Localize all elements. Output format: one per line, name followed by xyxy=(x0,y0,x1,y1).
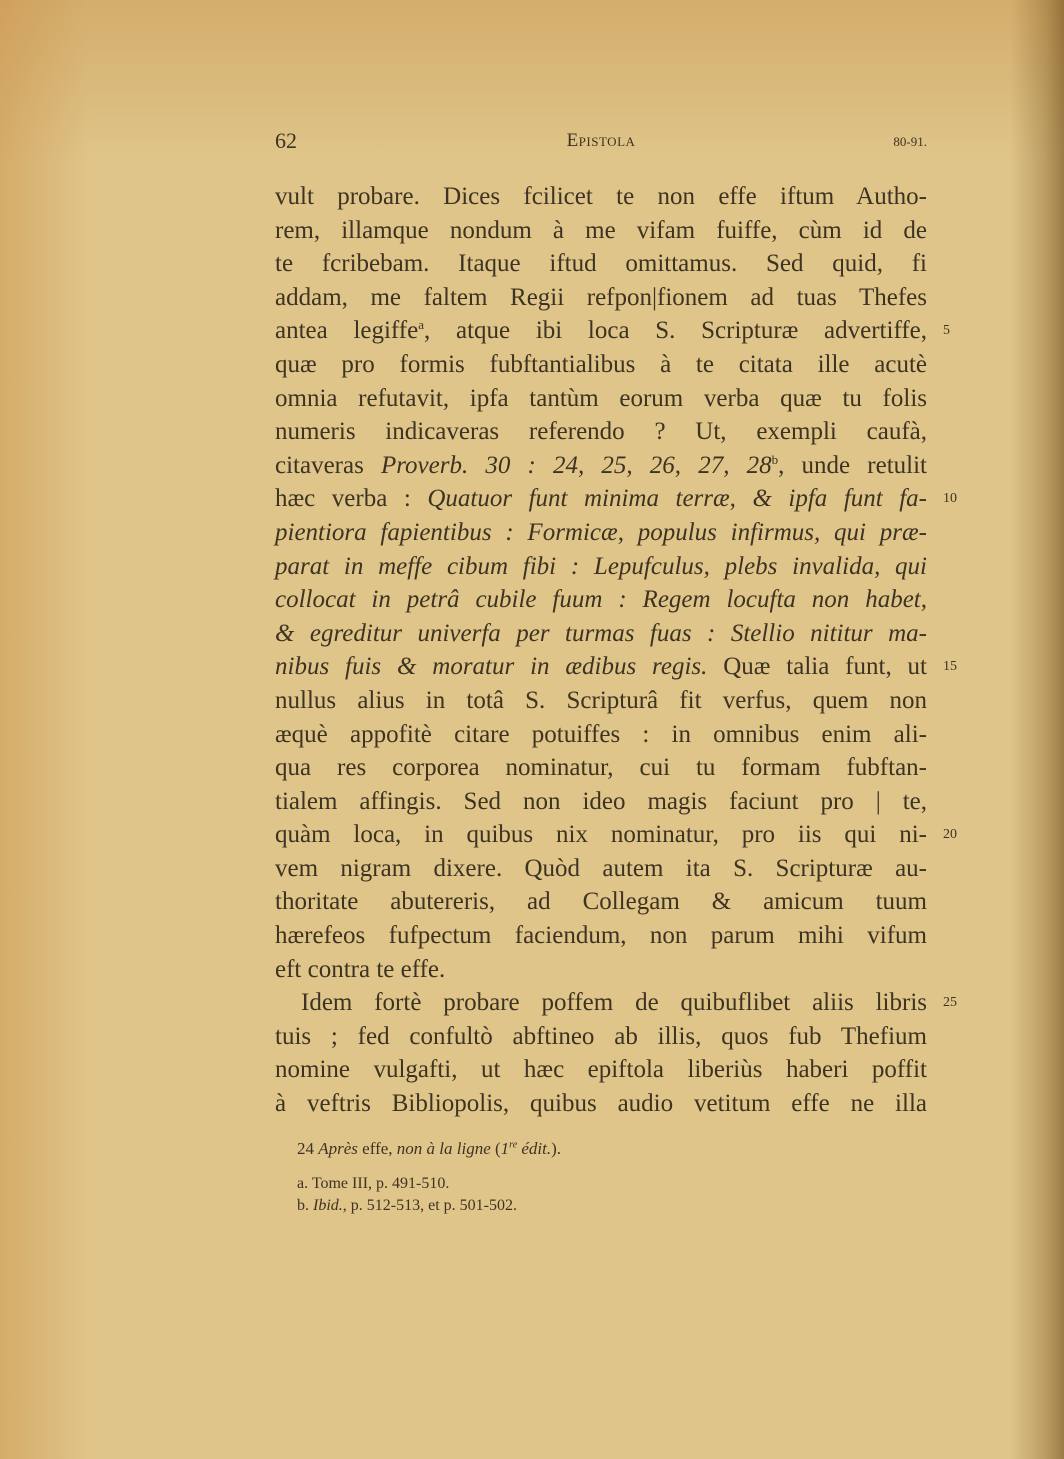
footnote-text: , p. 512-513, et p. 501-502. xyxy=(343,1197,517,1214)
footnote-b: b. Ibid., p. 512-513, et p. 501-502. xyxy=(297,1195,927,1217)
line-number: 25 xyxy=(943,986,973,1020)
text-line: quæ pro formis fubftantialibus à te cita… xyxy=(275,348,927,382)
line-text: quæ pro formis fubftantialibus à te cita… xyxy=(275,351,927,378)
line-number: 5 xyxy=(943,314,973,348)
footnotes: a. Tome III, p. 491-510. b. Ibid., p. 51… xyxy=(275,1173,927,1217)
line-text: numeris indicaveras referendo ? Ut, exem… xyxy=(275,418,927,445)
line-text: , atque ibi loca S. Scripturæ advertiffe… xyxy=(424,317,927,344)
line-text: tuis ; fed confultò abftineo ab illis, q… xyxy=(275,1023,927,1050)
variant-italic: édit. xyxy=(517,1139,551,1158)
variant-italic: Après xyxy=(318,1139,358,1158)
text-line: qua res corporea nominatur, cui tu forma… xyxy=(275,751,927,785)
text-line: numeris indicaveras referendo ? Ut, exem… xyxy=(275,415,927,449)
line-range: 80-91. xyxy=(893,134,927,150)
italic-text: parat in meffe cibum fibi : Lepufculus, … xyxy=(275,553,927,580)
text-line: te fcribebam. Itaque iftud omittamus. Se… xyxy=(275,247,927,281)
footnote-a: a. Tome III, p. 491-510. xyxy=(297,1173,927,1195)
line-number: 10 xyxy=(943,482,973,516)
line-text: vult probare. Dices fcilicet te non effe… xyxy=(275,183,927,210)
text-line: collocat in petrâ cubile fuum : Regem lo… xyxy=(275,583,927,617)
italic-text: pientiora fapientibus : Formicæ, populus… xyxy=(275,519,927,546)
main-text: vult probare. Dices fcilicet te non effe… xyxy=(275,180,927,1121)
text-line: Idem fortè probare poffem de quibuflibet… xyxy=(275,986,927,1020)
text-line: rem, illamque nondum à me vifam fuiffe, … xyxy=(275,214,927,248)
line-number: 20 xyxy=(943,818,973,852)
italic-text: & egreditur univerfa per turmas fuas : S… xyxy=(275,620,927,647)
footnote-marker: b. xyxy=(297,1197,309,1214)
footnote-text: Tome III, p. 491-510. xyxy=(312,1175,450,1192)
line-text: Idem fortè probare poffem de quibuflibet… xyxy=(301,989,927,1016)
line-text: citaveras xyxy=(275,452,381,479)
text-line: nomine vulgafti, ut hæc epiftola liberiù… xyxy=(275,1053,927,1087)
line-text: quàm loca, in quibus nix nominatur, pro … xyxy=(275,821,927,848)
text-line: à veftris Bibliopolis, quibus audio veti… xyxy=(275,1087,927,1121)
variant-italic: non à la ligne xyxy=(397,1139,491,1158)
text-line: hærefeos fufpectum faciendum, non parum … xyxy=(275,919,927,953)
line-text: omnia refutavit, ipfa tantùm eorum verba… xyxy=(275,385,927,412)
line-text: eft contra te effe. xyxy=(275,956,445,983)
text-line: vult probare. Dices fcilicet te non effe… xyxy=(275,180,927,214)
text-line: nullus alius in totâ S. Scripturâ fit ve… xyxy=(275,684,927,718)
italic-text: Proverb. 30 : 24, 25, 26, 27, 28 xyxy=(381,452,772,479)
variant-sup: re xyxy=(509,1139,517,1150)
text-line: parat in meffe cibum fibi : Lepufculus, … xyxy=(275,550,927,584)
text-line: antea legiffea, atque ibi loca S. Script… xyxy=(275,314,927,348)
text-line: tuis ; fed confultò abftineo ab illis, q… xyxy=(275,1020,927,1054)
text-line: vem nigram dixere. Quòd autem ita S. Scr… xyxy=(275,852,927,886)
line-text: addam, me faltem Regii refpon|fionem ad … xyxy=(275,284,927,311)
text-line: hæc verba : Quatuor funt minima terræ, &… xyxy=(275,482,927,516)
text-line: æquè appofitè citare potuiffes : in omni… xyxy=(275,718,927,752)
text-line: & egreditur univerfa per turmas fuas : S… xyxy=(275,617,927,651)
text-line: eft contra te effe. xyxy=(275,953,927,987)
variant-text: ( xyxy=(491,1139,501,1158)
line-text: Quæ talia funt, ut xyxy=(707,653,927,680)
variant-note: 24 Après effe, non à la ligne (1re édit.… xyxy=(275,1139,927,1159)
line-text: qua res corporea nominatur, cui tu forma… xyxy=(275,754,927,781)
line-text: tialem affingis. Sed non ideo magis faci… xyxy=(275,788,927,815)
line-text: rem, illamque nondum à me vifam fuiffe, … xyxy=(275,217,927,244)
variant-line-ref: 24 xyxy=(297,1139,314,1158)
variant-italic: 1 xyxy=(501,1139,510,1158)
line-text: thoritate abutereris, ad Collegam & amic… xyxy=(275,888,927,915)
italic-text: nibus fuis & moratur in ædibus regis. xyxy=(275,653,707,680)
line-text: hærefeos fufpectum faciendum, non parum … xyxy=(275,922,927,949)
text-line: citaveras Proverb. 30 : 24, 25, 26, 27, … xyxy=(275,449,927,483)
line-text: hæc verba : xyxy=(275,485,427,512)
text-line: tialem affingis. Sed non ideo magis faci… xyxy=(275,785,927,819)
text-line: omnia refutavit, ipfa tantùm eorum verba… xyxy=(275,382,927,416)
line-text: , unde retulit xyxy=(778,452,927,479)
footnote-marker: a. xyxy=(297,1175,308,1192)
text-line: nibus fuis & moratur in ædibus regis. Qu… xyxy=(275,650,927,684)
running-head: 62 Epistola 80-91. xyxy=(275,126,927,162)
line-text: æquè appofitè citare potuiffes : in omni… xyxy=(275,721,927,748)
book-page: 62 Epistola 80-91. vult probare. Dices f… xyxy=(275,126,927,1217)
line-text: à veftris Bibliopolis, quibus audio veti… xyxy=(275,1090,927,1117)
text-line: pientiora fapientibus : Formicæ, populus… xyxy=(275,516,927,550)
variant-text: ). xyxy=(551,1139,561,1158)
line-number: 15 xyxy=(943,650,973,684)
italic-text: collocat in petrâ cubile fuum : Regem lo… xyxy=(275,586,927,613)
running-title: Epistola xyxy=(275,130,927,152)
footnote-italic: Ibid. xyxy=(313,1197,343,1214)
variant-text: effe, xyxy=(358,1139,397,1158)
italic-text: Quatuor funt minima terræ, & ipfa funt f… xyxy=(427,485,927,512)
text-line: addam, me faltem Regii refpon|fionem ad … xyxy=(275,281,927,315)
line-text: vem nigram dixere. Quòd autem ita S. Scr… xyxy=(275,855,927,882)
line-text: nomine vulgafti, ut hæc epiftola liberiù… xyxy=(275,1056,927,1083)
line-text: te fcribebam. Itaque iftud omittamus. Se… xyxy=(275,250,927,277)
text-line: quàm loca, in quibus nix nominatur, pro … xyxy=(275,818,927,852)
line-text: antea legiffe xyxy=(275,317,418,344)
text-line: thoritate abutereris, ad Collegam & amic… xyxy=(275,885,927,919)
line-text: nullus alius in totâ S. Scripturâ fit ve… xyxy=(275,687,927,714)
